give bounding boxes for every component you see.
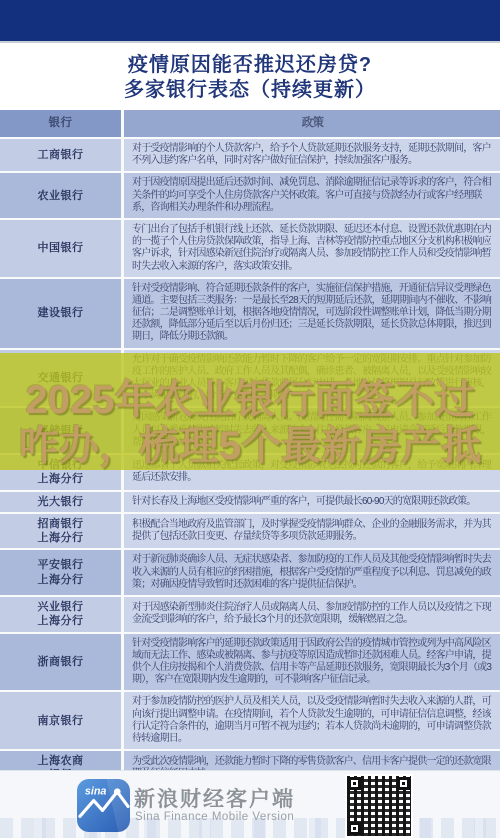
bank-name: 建设银行 — [0, 279, 121, 348]
table-row: 建设银行 针对受疫情影响、符合延期还款条件的客户，实施征信保护措施，开通征信异议… — [0, 279, 500, 348]
table-row: 中国银行 专门出台了包括手机银行线上还款、延长贷款期限、延迟还本付息、设置还款优… — [0, 220, 500, 277]
qr-code — [347, 776, 411, 836]
title-band: 疫情原因能否推迟还房贷? 多家银行表态（持续更新） — [0, 45, 500, 110]
table-row: 平安银行 上海分行 对于新冠肺炎确诊人员、无症状感染者、参加防疫的工作人员及其他… — [0, 550, 500, 595]
bank-policy: 针对受疫情影响客户的延期还款政策适用于因政府公告的疫情城市管控或列为中高风险区域… — [124, 634, 500, 691]
bank-policy: 对于新冠肺炎确诊人员、无症状感染者、参加防疫的工作人员及其他受疫情影响暂时失去收… — [124, 550, 500, 595]
qr-finder-icon — [397, 777, 410, 790]
bank-name: 浙商银行 — [0, 634, 121, 691]
table-row: 光大银行 针对长春及上海地区受疫情影响严重的客户，可提供最长60-90天的宽限期… — [0, 492, 500, 512]
bank-policy: 为受此次疫情影响，还款能力暂时下降的零售贷款客户、信用卡客户提供一定的还款宽限期… — [124, 751, 500, 770]
bank-policy: 针对长春及上海地区受疫情影响严重的客户，可提供最长60-90天的宽限期还款政策。 — [124, 492, 500, 512]
bank-policy: 对于参加疫情防控的医护人员及相关人员，以及受疫情影响暂时失去收入来源的人群，可向… — [124, 692, 500, 749]
qr-finder-icon — [348, 777, 361, 790]
bank-name: 农业银行 — [0, 173, 121, 218]
table-row: 上海农商 银行 为受此次疫情影响，还款能力暂时下降的零售贷款客户、信用卡客户提供… — [0, 751, 500, 770]
bank-policy: 对于受疫情影响的个人贷款客户，给予个人贷款延期还款服务支持，延期还款期间，客户不… — [124, 139, 500, 171]
qr-finder-icon — [348, 822, 361, 835]
bank-name: 平安银行 上海分行 — [0, 550, 121, 595]
sina-logo-text: sina — [85, 786, 107, 798]
table-row: 浙商银行 针对受疫情影响客户的延期还款政策适用于因政府公告的疫情城市管控或列为中… — [0, 634, 500, 691]
table-row: 农业银行 对于因疫情原因提出延后还款时间、减免罚息、消除逾期征信记录等诉求的客户… — [0, 173, 500, 218]
table-row: 招商银行 上海分行 积极配合当地政府及监管部门，及时掌握受疫情影响群众、企业的金… — [0, 514, 500, 549]
page-title-line2: 多家银行表态（持续更新） — [124, 78, 376, 103]
bank-name: 中国银行 — [0, 220, 121, 277]
bank-policy: 对于因疫情原因提出延后还款时间、减免罚息、消除逾期征信记录等诉求的客户，符合相关… — [124, 173, 500, 218]
footer-banner: sina 新浪财经客户端 Sina Finance Mobile Version — [0, 770, 500, 838]
top-navy-bar — [0, 0, 500, 43]
bank-policy: 针对受疫情影响、符合延期还款条件的客户，实施征信保护措施，开通征信异议受理绿色通… — [124, 279, 500, 348]
header-bank: 银行 — [0, 110, 121, 137]
bank-policy: 专门出台了包括手机银行线上还款、延长贷款期限、延迟还本付息、设置还款优惠期在内的… — [124, 220, 500, 277]
overlay-text-line2: 咋办，梳理5个最新房产抵 — [19, 423, 481, 469]
table-row: 兴业银行 上海分行 对于因感染新型肺炎住院治疗人员或隔离人员、参加疫情防控的工作… — [0, 597, 500, 632]
app-name-label: 新浪财经客户端 — [134, 783, 295, 813]
bank-policy: 对于因感染新型肺炎住院治疗人员或隔离人员、参加疫情防控的工作人员以及疫情之下现金… — [124, 597, 500, 632]
header-policy: 政策 — [124, 110, 500, 137]
bank-name: 工商银行 — [0, 139, 121, 171]
bank-name: 光大银行 — [0, 492, 121, 512]
sina-finance-infographic: 疫情原因能否推迟还房贷? 多家银行表态（持续更新） 银行 政策 工商银行 对于受… — [0, 0, 500, 838]
sina-finance-app-icon: sina — [77, 779, 130, 832]
table-row: 南京银行 对于参加疫情防控的医护人员及相关人员，以及受疫情影响暂时失去收入来源的… — [0, 692, 500, 749]
bank-policy: 积极配合当地政府及监管部门，及时掌握受疫情影响群众、企业的金融服务需求，并为其提… — [124, 514, 500, 549]
bank-name: 兴业银行 上海分行 — [0, 597, 121, 632]
table-header-row: 银行 政策 — [0, 110, 500, 137]
page-title-line1: 疫情原因能否推迟还房贷? — [128, 53, 372, 78]
bank-name: 招商银行 上海分行 — [0, 514, 121, 549]
overlay-text-line1: 2025年农业银行面签不过 — [26, 377, 475, 423]
promo-text-overlay: 2025年农业银行面签不过 咋办，梳理5个最新房产抵 — [0, 353, 500, 470]
bank-name: 南京银行 — [0, 692, 121, 749]
table-row: 工商银行 对于受疫情影响的个人贷款客户，给予个人贷款延期还款服务支持，延期还款期… — [0, 139, 500, 171]
app-subtitle-label: Sina Finance Mobile Version — [135, 811, 294, 823]
bank-name: 上海农商 银行 — [0, 751, 121, 770]
